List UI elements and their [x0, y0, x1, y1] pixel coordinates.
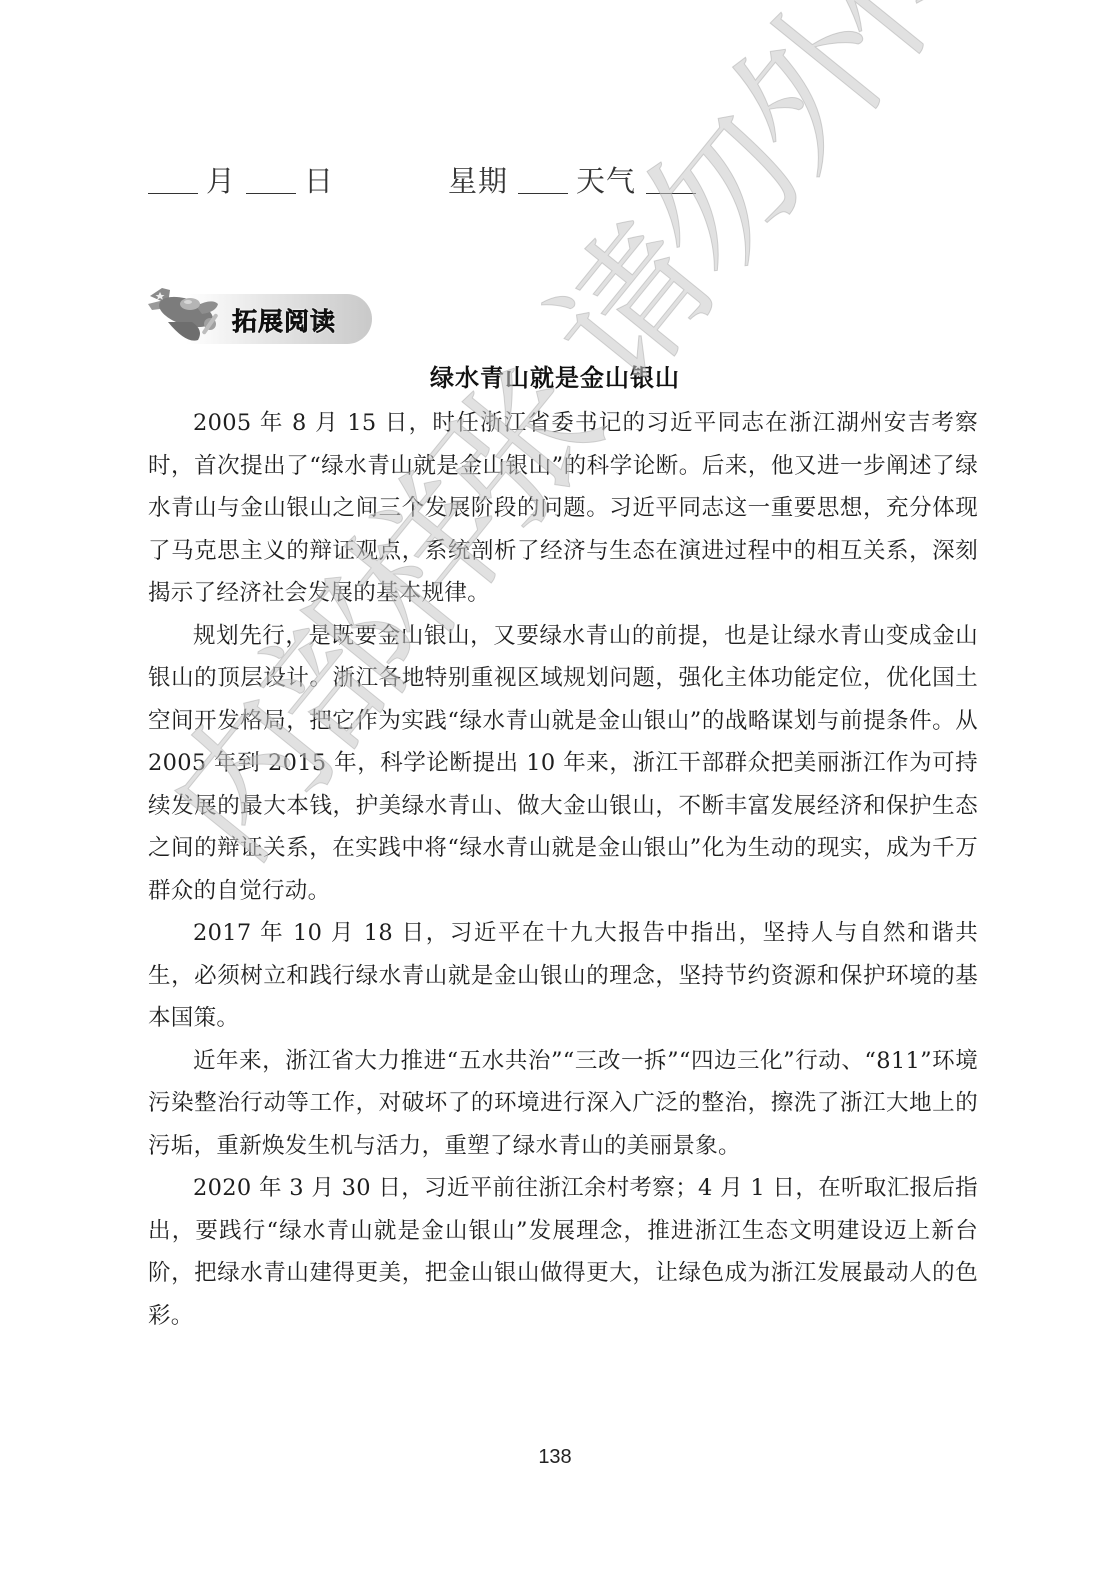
day-label: 日: [304, 159, 334, 200]
weather-label: 天气: [576, 159, 636, 200]
day-blank: [246, 192, 296, 194]
paragraph: 2017 年 10 月 18 日，习近平在十九大报告中指出，坚持人与自然和谐共生…: [148, 912, 978, 1040]
paragraph: 2005 年 8 月 15 日，时任浙江省委书记的习近平同志在浙江湖州安吉考察时…: [148, 402, 978, 615]
section-title: 拓展阅读: [232, 302, 336, 338]
article-body: 2005 年 8 月 15 日，时任浙江省委书记的习近平同志在浙江湖州安吉考察时…: [148, 402, 978, 1337]
paragraph: 近年来，浙江省大力推进“五水共治”“三改一拆”“四边三化”行动、“811”环境污…: [148, 1040, 978, 1168]
month-blank: [148, 192, 198, 194]
paragraph: 规划先行，是既要金山银山，又要绿水青山的前提，也是让绿水青山变成金山银山的顶层设…: [148, 615, 978, 913]
weather-blank: [646, 192, 696, 194]
airplane-icon: [146, 282, 226, 344]
weekday-blank: [518, 192, 568, 194]
section-banner: 拓展阅读: [146, 282, 372, 344]
paragraph: 2020 年 3 月 30 日，习近平前往浙江余村考察；4 月 1 日，在听取汇…: [148, 1167, 978, 1337]
article-title: 绿水青山就是金山银山: [0, 358, 1110, 393]
page-number: 138: [0, 1446, 1110, 1469]
month-label: 月: [206, 159, 236, 200]
weekday-label: 星期: [448, 159, 508, 200]
date-weather-header: 月 日 星期 天气: [148, 160, 704, 200]
